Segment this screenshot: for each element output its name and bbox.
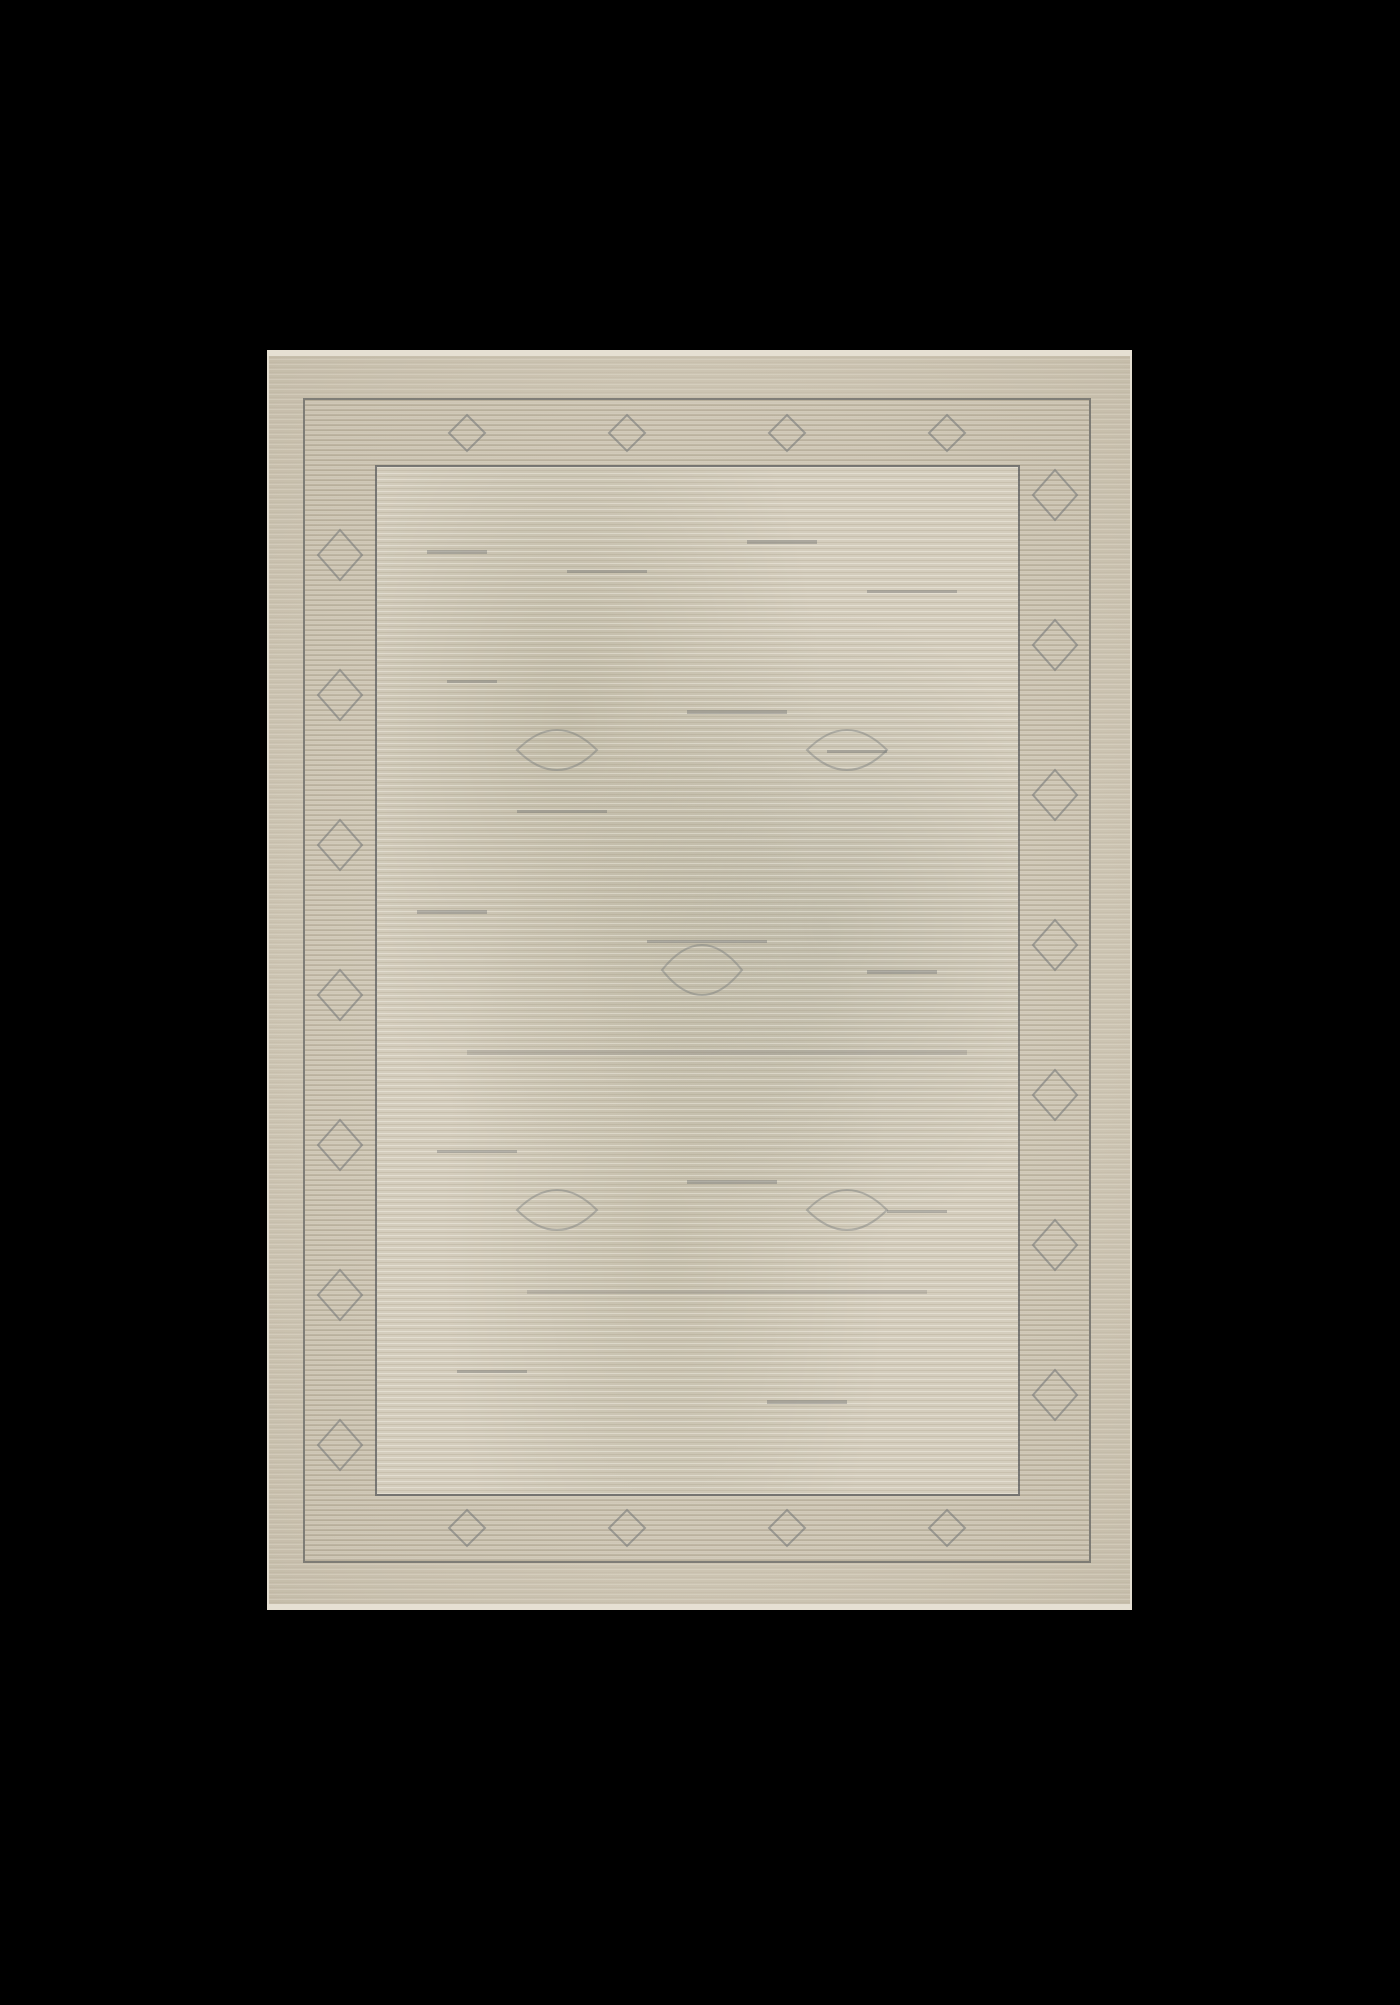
- field-medallions: [517, 730, 887, 1230]
- border-medallions: [318, 415, 1077, 1546]
- rug-bottom-edge: [267, 1604, 1132, 1610]
- field-pattern: [417, 540, 967, 1404]
- rug: [267, 350, 1132, 1610]
- rug-motifs: [267, 350, 1132, 1610]
